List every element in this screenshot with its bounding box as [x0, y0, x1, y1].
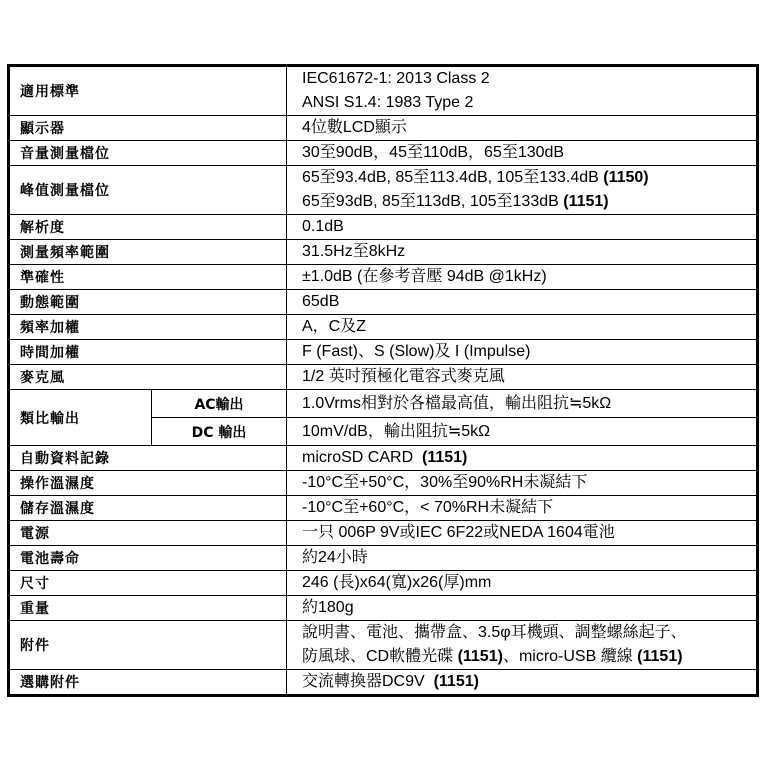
spec-label: 解析度: [9, 215, 287, 240]
spec-value: -10°C至+50°C，30%至90%RH未凝結下: [287, 471, 758, 496]
spec-label: 峰值測量檔位: [9, 166, 287, 215]
spec-label: 麥克風: [9, 365, 287, 390]
table-row: 自動資料記錄 microSD CARD (1151): [9, 446, 758, 471]
table-row: 峰值測量檔位 65至93.4dB, 85至113.4dB, 105至133.4d…: [9, 166, 758, 215]
table-row: 顯示器 4位數LCD顯示: [9, 116, 758, 141]
table-row: 適用標準 IEC61672-1: 2013 Class 2 ANSI S1.4:…: [9, 66, 758, 116]
table-row: 電池壽命 約24小時: [9, 546, 758, 571]
spec-value: 交流轉換器DC9V (1151): [287, 670, 758, 696]
table-row: 音量測量檔位 30至90dB，45至110dB，65至130dB: [9, 141, 758, 166]
spec-value: 0.1dB: [287, 215, 758, 240]
table-row: 操作溫濕度 -10°C至+50°C，30%至90%RH未凝結下: [9, 471, 758, 496]
spec-value: IEC61672-1: 2013 Class 2 ANSI S1.4: 1983…: [287, 66, 758, 116]
table-row: 重量 約180g: [9, 596, 758, 621]
spec-value: 246 (長)x64(寬)x26(厚)mm: [287, 571, 758, 596]
spec-value: 1/2 英吋預極化電容式麥克風: [287, 365, 758, 390]
spec-label: 顯示器: [9, 116, 287, 141]
spec-value: 約24小時: [287, 546, 758, 571]
table-row: 麥克風 1/2 英吋預極化電容式麥克風: [9, 365, 758, 390]
table-row: 解析度 0.1dB: [9, 215, 758, 240]
table-row: 電源 一只 006P 9V或IEC 6F22或NEDA 1604電池: [9, 521, 758, 546]
spec-value: 65至93.4dB, 85至113.4dB, 105至133.4dB (1150…: [287, 166, 758, 215]
table-row: 準確性 ±1.0dB (在參考音壓 94dB @1kHz): [9, 265, 758, 290]
spec-label: 頻率加權: [9, 315, 287, 340]
spec-label: 電源: [9, 521, 287, 546]
spec-sublabel: AC輸出: [152, 390, 287, 418]
spec-label: 音量測量檔位: [9, 141, 287, 166]
model-tag: (1150): [603, 169, 648, 186]
spec-label: 操作溫濕度: [9, 471, 287, 496]
spec-value: -10°C至+60°C，< 70%RH未凝結下: [287, 496, 758, 521]
table-row: 頻率加權 A，C及Z: [9, 315, 758, 340]
spec-value: 31.5Hz至8kHz: [287, 240, 758, 265]
spec-label: 測量頻率範圍: [9, 240, 287, 265]
spec-label: 準確性: [9, 265, 287, 290]
spec-label: 選購附件: [9, 670, 287, 696]
spec-label: 動態範圍: [9, 290, 287, 315]
table-row: 時間加權 F (Fast)、S (Slow)及 I (Impulse): [9, 340, 758, 365]
model-tag: (1151): [563, 193, 608, 210]
table-row: 測量頻率範圍 31.5Hz至8kHz: [9, 240, 758, 265]
spec-value: 30至90dB，45至110dB，65至130dB: [287, 141, 758, 166]
spec-value: ±1.0dB (在參考音壓 94dB @1kHz): [287, 265, 758, 290]
spec-value: 10mV/dB，輸出阻抗≒5kΩ: [287, 418, 758, 446]
spec-value: 65dB: [287, 290, 758, 315]
spec-value: microSD CARD (1151): [287, 446, 758, 471]
spec-sublabel: DC 輸出: [152, 418, 287, 446]
model-tag: (1151): [458, 648, 503, 665]
table-row: 尺寸 246 (長)x64(寬)x26(厚)mm: [9, 571, 758, 596]
spec-label: 時間加權: [9, 340, 287, 365]
table-row: 儲存溫濕度 -10°C至+60°C，< 70%RH未凝結下: [9, 496, 758, 521]
model-tag: (1151): [434, 673, 479, 690]
spec-label: 尺寸: [9, 571, 287, 596]
table-row: 選購附件 交流轉換器DC9V (1151): [9, 670, 758, 696]
table-row: 類比輸出 AC輸出 1.0Vrms相對於各檔最高值，輸出阻抗≒5kΩ: [9, 390, 758, 418]
table-row: 動態範圍 65dB: [9, 290, 758, 315]
spec-label: 附件: [9, 621, 287, 670]
model-tag: (1151): [637, 648, 682, 665]
spec-value: 說明書、電池、攜帶盒、3.5φ耳機頭、調整螺絲起子、 防風球、CD軟體光碟 (1…: [287, 621, 758, 670]
table-row: 附件 說明書、電池、攜帶盒、3.5φ耳機頭、調整螺絲起子、 防風球、CD軟體光碟…: [9, 621, 758, 670]
spec-value: A，C及Z: [287, 315, 758, 340]
spec-label: 電池壽命: [9, 546, 287, 571]
spec-label: 適用標準: [9, 66, 287, 116]
model-tag: (1151): [422, 449, 467, 466]
spec-label: 自動資料記錄: [9, 446, 287, 471]
spec-value: F (Fast)、S (Slow)及 I (Impulse): [287, 340, 758, 365]
spec-value: 約180g: [287, 596, 758, 621]
spec-label: 重量: [9, 596, 287, 621]
spec-value: 4位數LCD顯示: [287, 116, 758, 141]
spec-table: 適用標準 IEC61672-1: 2013 Class 2 ANSI S1.4:…: [7, 64, 759, 697]
spec-label: 儲存溫濕度: [9, 496, 287, 521]
spec-value: 1.0Vrms相對於各檔最高值，輸出阻抗≒5kΩ: [287, 390, 758, 418]
spec-label: 類比輸出: [9, 390, 152, 446]
spec-value: 一只 006P 9V或IEC 6F22或NEDA 1604電池: [287, 521, 758, 546]
